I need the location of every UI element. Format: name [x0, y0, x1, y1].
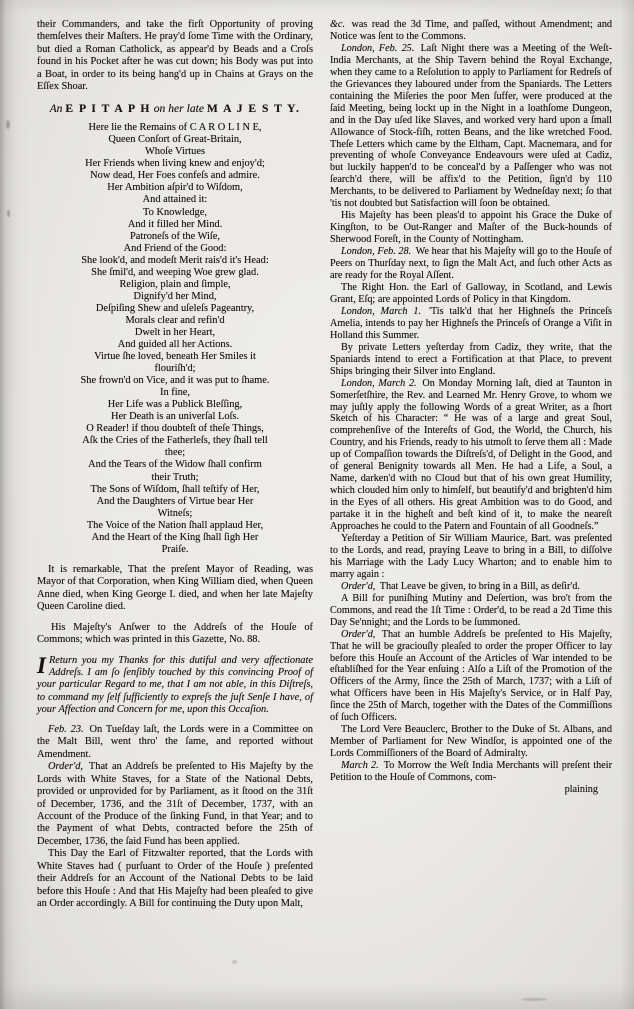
- date-lead: March 2.: [341, 760, 379, 771]
- beauclerc-paragraph: The Lord Vere Beauclerc, Brother to the …: [330, 724, 612, 760]
- epitaph-line: Dwelt in her Heart,: [37, 327, 313, 339]
- epitaph-line: thee;: [37, 447, 313, 459]
- catchword: plaining: [330, 784, 612, 796]
- date-lead: Feb. 23.: [48, 724, 84, 735]
- epitaph-line: The Sons of Wiſdom, ſhall teſtify of Her…: [37, 484, 313, 496]
- epitaph-line: Deſpiſing Shew and uſeleſs Pageantry,: [37, 303, 313, 315]
- scan-artifact: [232, 960, 237, 964]
- epitaph-line: Her Friends when living knew and enjoy'd…: [37, 158, 313, 170]
- epitaph-line: And the Tears of the Widow ſhall confirm: [37, 459, 313, 471]
- royal-answer-text: Return you my Thanks for this dutiful an…: [37, 655, 313, 716]
- epitaph-line: The Voice of the Nation ſhall applaud He…: [37, 520, 313, 532]
- epitaph-line: To Knowledge,: [37, 207, 313, 219]
- scan-artifact: [7, 210, 10, 217]
- epitaph-line: Whoſe Virtues: [37, 146, 313, 158]
- epitaph-verse: Here lie the Remains of C A R O L I N E,…: [37, 122, 313, 556]
- epitaph-heading-word: E P I T A P H: [65, 102, 150, 115]
- epitaph-line: She ſmil'd, and weeping Woe grew glad.: [37, 267, 313, 279]
- scan-artifact: [521, 998, 547, 1001]
- galloway-paragraph: The Right Hon. the Earl of Galloway, in …: [330, 282, 612, 306]
- intro-paragraph: their Commanders, and take the firſt Opp…: [37, 19, 313, 94]
- epitaph-heading-mid: on her late: [154, 102, 204, 115]
- epitaph-line: Aſk the Cries of the Fatherleſs, they ſh…: [37, 435, 313, 447]
- right-column: &c. was read the 3d Time, and paſſed, wi…: [330, 19, 612, 796]
- london-feb28-paragraph: London, Feb. 28. We hear that his Majeſt…: [330, 246, 612, 282]
- dateline-lead: London, March 1.: [341, 306, 421, 317]
- maurice-petition-paragraph: Yeſterday a Petition of Sir William Maur…: [330, 533, 612, 581]
- epitaph-line: Morals clear and refin'd: [37, 315, 313, 327]
- orderd-address-paragraph: Order'd, That an humble Addreſs be preſe…: [330, 629, 612, 725]
- epitaph-line: Praiſe.: [37, 544, 313, 556]
- epitaph-line: And the Heart of the King ſhall ſigh Her: [37, 532, 313, 544]
- cadiz-paragraph: By private Letters yeſterday from Cadiz,…: [330, 342, 612, 378]
- epitaph-line: She look'd, and modeſt Merit rais'd it's…: [37, 255, 313, 267]
- fitzwalter-paragraph: This Day the Earl of Fitzwalter reported…: [37, 848, 313, 910]
- paragraph-text: was read the 3d Time, and paſſed, withou…: [330, 19, 612, 42]
- royal-answer: IReturn you my Thanks for this dutiful a…: [37, 655, 313, 717]
- epitaph-line: Her Life was a Publick Bleſſing,: [37, 399, 313, 411]
- orderd-paragraph: Order'd, That an Addreſs be preſented to…: [37, 761, 313, 848]
- epitaph-line: Patroneſs of the Wiſe,: [37, 231, 313, 243]
- orderd-lead: Order'd,: [341, 629, 375, 640]
- epitaph-line: She frown'd on Vice, and it was put to ſ…: [37, 375, 313, 387]
- remarkable-paragraph: It is remarkable, That the preſent Mayor…: [37, 564, 313, 614]
- paragraph-text: That an humble Addreſs be preſented to H…: [330, 629, 612, 724]
- epitaph-heading: An E P I T A P H on her late M A J E S T…: [37, 103, 313, 115]
- feb23-paragraph: Feb. 23. On Tueſday laſt, the Lords were…: [37, 724, 313, 761]
- orderd-lead: Order'd,: [341, 581, 375, 592]
- epitaph-line: And guided all her Actions.: [37, 339, 313, 351]
- mutiny-bill-paragraph: A Bill for puniſhing Mutiny and Deſertio…: [330, 593, 612, 629]
- epitaph-line: Now dead, Her Foes confeſs and admire.: [37, 170, 313, 182]
- kingston-paragraph: His Majeſty has been pleas'd to appoint …: [330, 210, 612, 246]
- epitaph-heading-an: An: [50, 102, 63, 115]
- royal-answer-heading: His Majeſty's Anſwer to the Addreſs of t…: [37, 622, 313, 647]
- london-feb25-paragraph: London, Feb. 25. Laſt Night there was a …: [330, 43, 612, 210]
- dateline-lead: London, Feb. 28.: [341, 246, 411, 257]
- etc-lead: &c.: [330, 19, 345, 30]
- epitaph-line: And it filled her Mind.: [37, 219, 313, 231]
- left-column: their Commanders, and take the firſt Opp…: [37, 19, 313, 911]
- epitaph-line: And attained it:: [37, 194, 313, 206]
- epitaph-line: Here lie the Remains of C A R O L I N E,: [37, 122, 313, 134]
- london-march1-paragraph: London, March 1. 'Tis talk'd that her Hi…: [330, 306, 612, 342]
- drop-cap-initial: I: [37, 656, 46, 675]
- orderd-leave-paragraph: Order'd, That Leave be given, to bring i…: [330, 581, 612, 593]
- march2-paragraph: March 2. To Morrow the Weſt India Mercha…: [330, 760, 612, 784]
- epitaph-line: Dignify'd her Mind,: [37, 291, 313, 303]
- epitaph-line: their Truth;: [37, 472, 313, 484]
- scan-artifact: [6, 120, 10, 129]
- epitaph-line: Her Death is an univerſal Loſs.: [37, 411, 313, 423]
- epitaph-line: Religion, plain and ſimple,: [37, 279, 313, 291]
- dateline-lead: London, Feb. 25.: [341, 43, 414, 54]
- epitaph-line: O Reader! if thou doubteſt of theſe Thin…: [37, 423, 313, 435]
- epitaph-line: Virtue ſhe loved, beneath Her Smiles it: [37, 351, 313, 363]
- epitaph-line: And the Daughters of Virtue bear Her: [37, 496, 313, 508]
- epitaph-line: Her Ambition aſpir'd to Wiſdom,: [37, 182, 313, 194]
- epitaph-line: Witneſs;: [37, 508, 313, 520]
- epitaph-line: And Friend of the Good:: [37, 243, 313, 255]
- epitaph-line: In fine,: [37, 387, 313, 399]
- dateline-lead: London, March 2.: [341, 378, 417, 389]
- paragraph-text: That an Addreſs be preſented to His Maje…: [37, 761, 313, 847]
- paragraph-text: Laſt Night there was a Meeting of the We…: [330, 43, 612, 209]
- paragraph-text: On Monday Morning laſt, died at Taunton …: [330, 378, 612, 532]
- paragraph-text: That Leave be given, to bring in a Bill,…: [380, 581, 580, 592]
- newspaper-page-scan: their Commanders, and take the firſt Opp…: [0, 0, 634, 1009]
- continuation-paragraph: &c. was read the 3d Time, and paſſed, wi…: [330, 19, 612, 43]
- london-march2-paragraph: London, March 2. On Monday Morning laſt,…: [330, 378, 612, 533]
- orderd-lead: Order'd,: [48, 761, 83, 772]
- epitaph-line: flouriſh'd;: [37, 363, 313, 375]
- epitaph-line: Queen Conſort of Great-Britain,: [37, 134, 313, 146]
- epitaph-heading-majesty: M A J E S T Y.: [207, 102, 301, 115]
